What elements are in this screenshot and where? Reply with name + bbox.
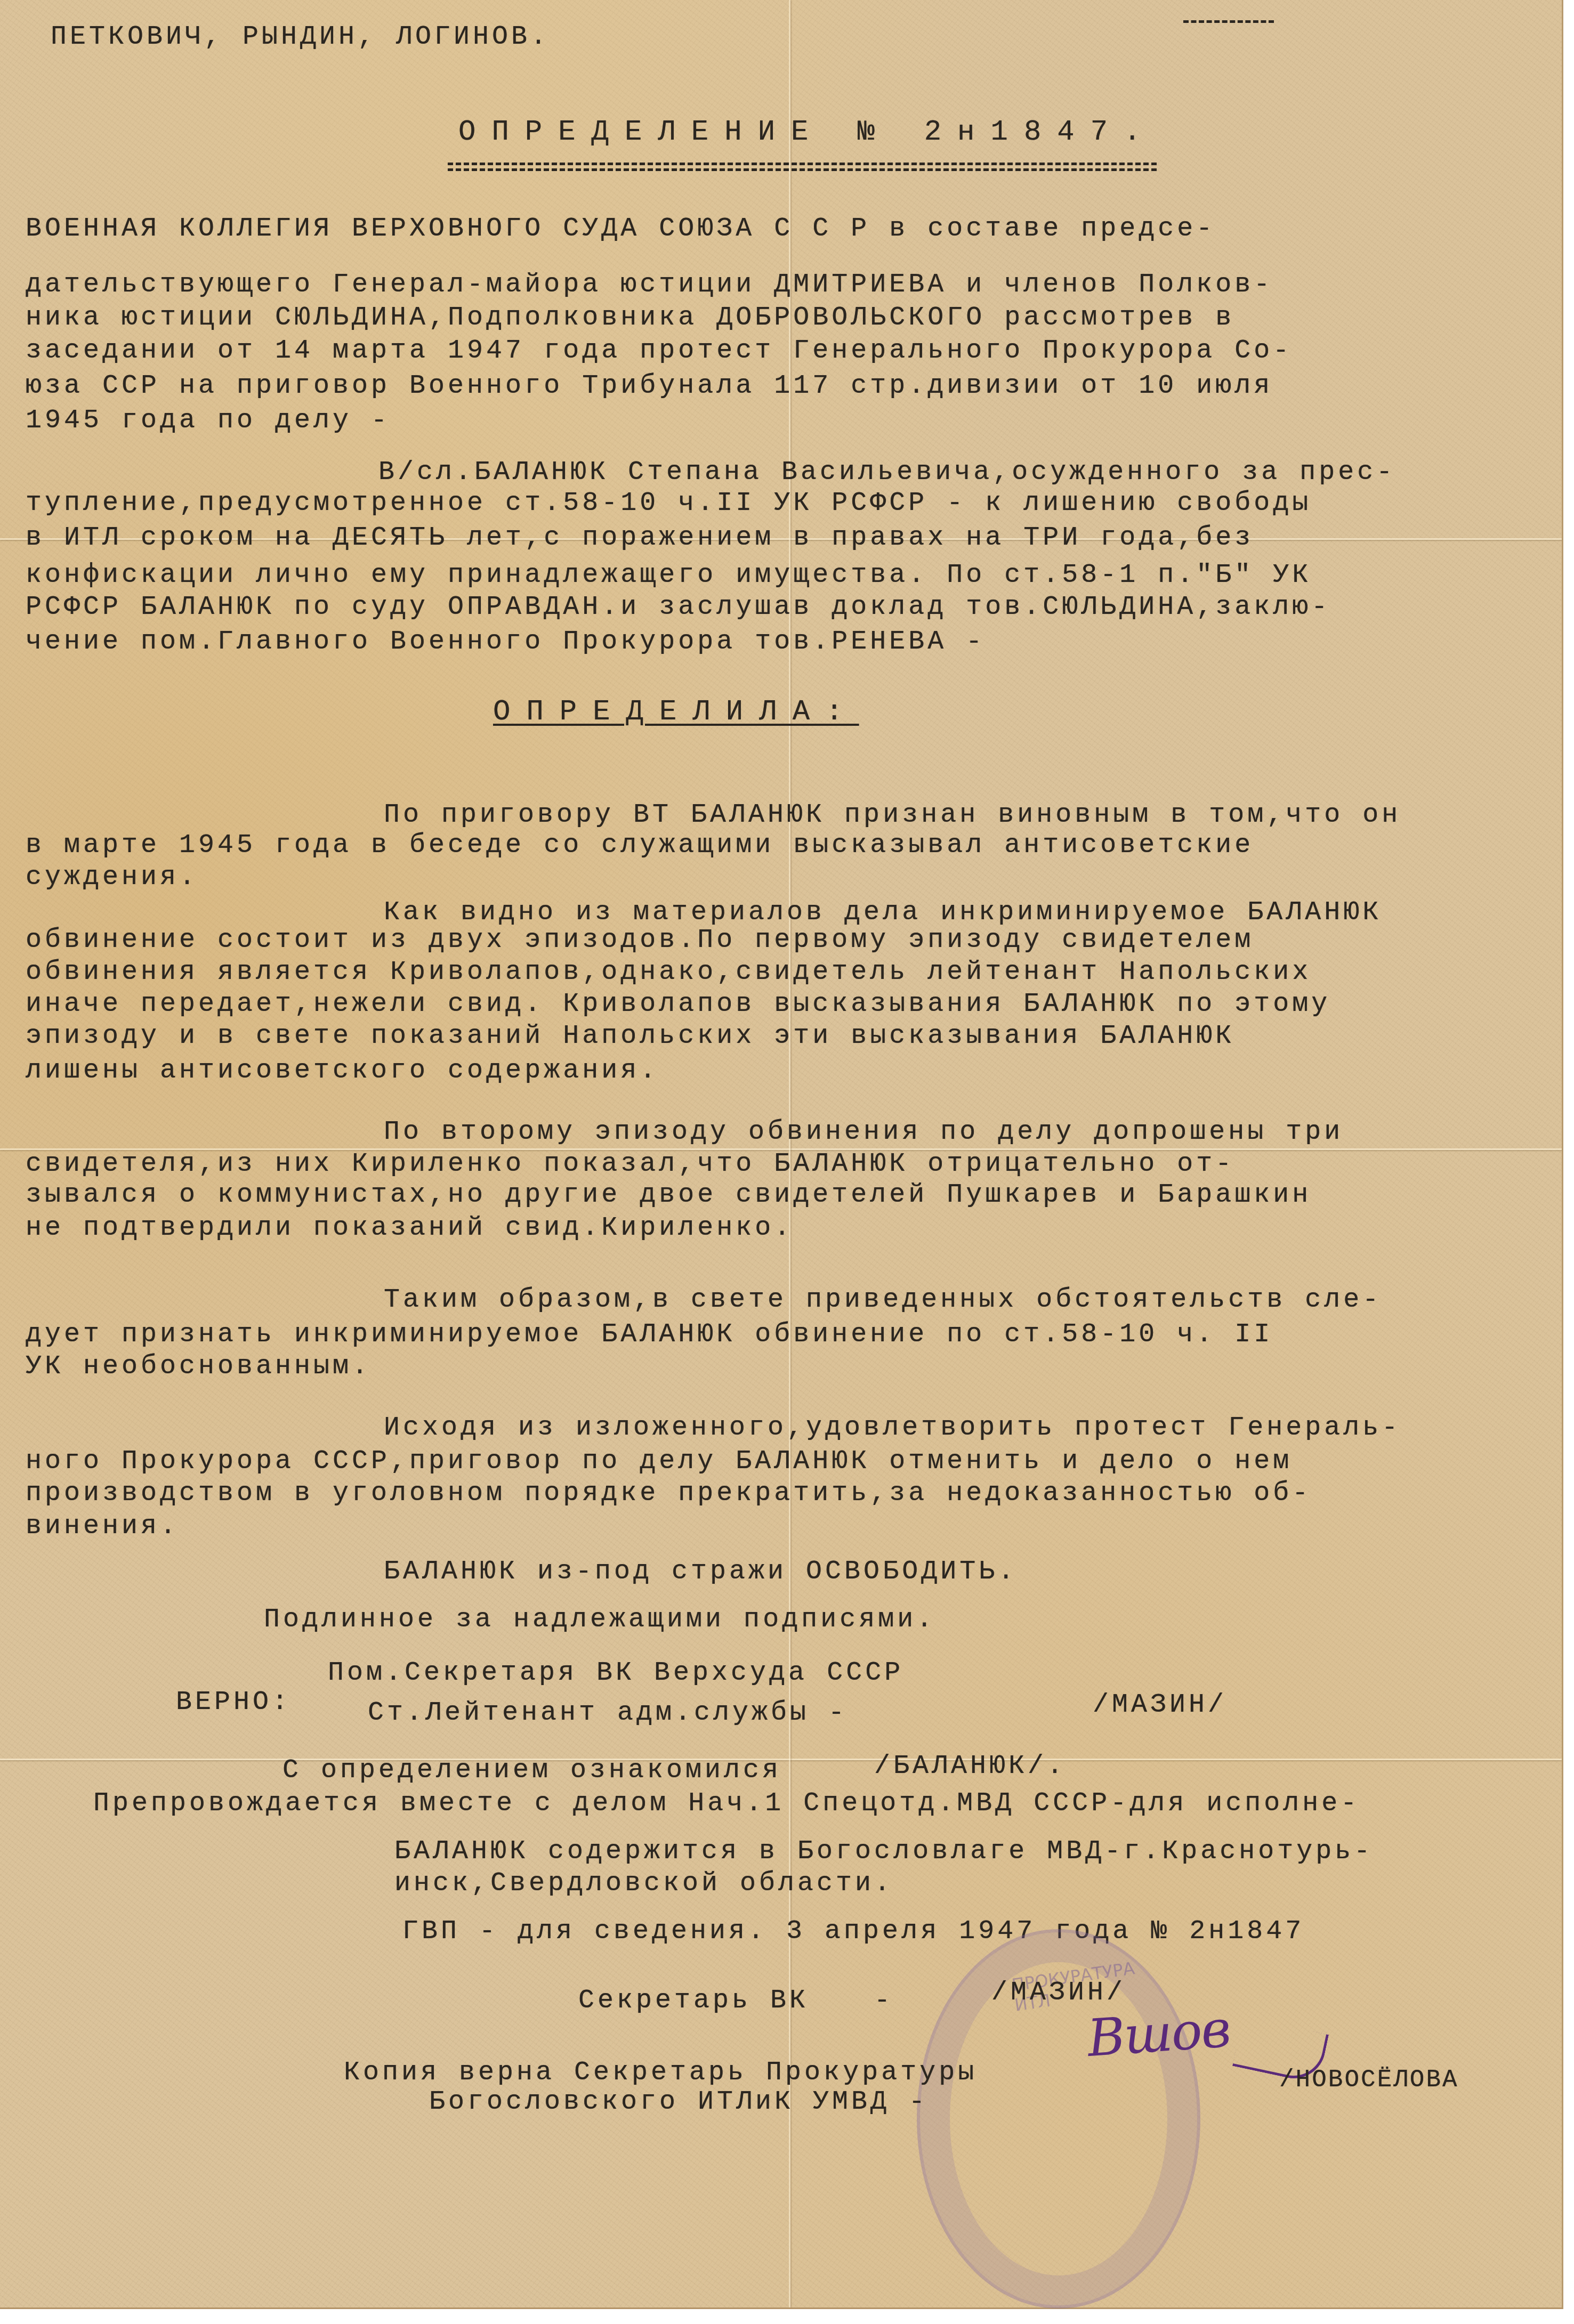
accused-line: тупление,предусмотренное ст.58-10 ч.II У…	[26, 490, 1311, 517]
paragraph-line: УК необоснованным.	[26, 1354, 371, 1380]
paragraph-line: эпизоду и в свете показаний Напольских э…	[26, 1023, 1234, 1050]
top-dash-mark	[1183, 20, 1274, 23]
verified-line: Пом.Секретаря ВК Верхсуда СССР	[328, 1660, 903, 1687]
document-title: ОПРЕДЕЛЕНИЕ № 2н1847.	[458, 118, 1157, 147]
paragraph-line: производством в уголовном порядке прекра…	[26, 1480, 1311, 1507]
original-note: Подлинное за надлежащими подписями.	[264, 1607, 935, 1633]
verified-signature: /МАЗИН/	[1093, 1692, 1227, 1719]
accused-line: В/сл.БАЛАНЮК Степана Васильевича,осужден…	[378, 459, 1395, 486]
intro-line: 1945 года по делу -	[26, 408, 390, 434]
acquainted-text: С определением ознакомился	[282, 1758, 781, 1784]
intro-line: юза ССР на приговор Военного Трибунала 1…	[26, 373, 1273, 400]
section-title: ОПРЕДЕЛИЛА:	[493, 698, 859, 727]
paragraph-line: суждения.	[26, 864, 198, 891]
paragraph-line: обвинения является Криволапов,однако,сви…	[26, 959, 1311, 986]
acquainted-signature: /БАЛАНЮК/.	[874, 1753, 1066, 1780]
paragraph-line: винения.	[26, 1513, 179, 1540]
accused-line: в ИТЛ сроком на ДЕСЯТЬ лет,с поражением …	[26, 525, 1254, 552]
paragraph-line: По второму эпизоду обвинения по делу доп…	[384, 1119, 1343, 1146]
forwarded-line: Препровождается вместе с делом Нач.1 Спе…	[93, 1791, 1360, 1817]
release-line: БАЛАНЮК из-под стражи ОСВОБОДИТЬ.	[384, 1559, 1017, 1585]
paragraph-line: дует признать инкриминируемое БАЛАНЮК об…	[26, 1322, 1273, 1348]
paragraph-line: ного Прокурора СССР,приговор по делу БАЛ…	[26, 1448, 1292, 1475]
copy-certified-line: Богословского ИТЛиК УМВД -	[429, 2089, 928, 2116]
paragraph-line: не подтвердили показаний свид.Кириленко.	[26, 1215, 793, 1242]
accused-line: чение пом.Главного Военного Прокурора то…	[26, 629, 985, 655]
secretary-label: Секретарь ВК	[578, 1988, 809, 2014]
intro-line: ника юстиции СЮЛЬДИНА,Подполковника ДОБР…	[26, 305, 1234, 331]
accused-line: РСФСР БАЛАНЮК по суду ОПРАВДАН.и заслуша…	[26, 594, 1330, 621]
paragraph-line: По приговору ВТ БАЛАНЮК признан виновным…	[384, 802, 1401, 829]
paragraph-line: лишены антисоветского содержания.	[26, 1058, 659, 1084]
verified-label: ВЕРНО:	[176, 1689, 291, 1716]
handwritten-signature: Вшов	[1085, 1999, 1231, 2068]
paragraph-line: свидетеля,из них Кириленко показал,что Б…	[26, 1151, 1234, 1178]
paragraph-line: иначе передает,нежели свид. Криволапов в…	[26, 991, 1330, 1018]
copy-certified-line: Копия верна Секретарь Прокуратуры	[344, 2060, 977, 2086]
paragraph-line: Как видно из материалов дела инкриминиру…	[384, 900, 1382, 926]
copy-certified-name: /НОВОСЁЛОВА	[1279, 2068, 1459, 2092]
verified-line: Ст.Лейтенант адм.службы -	[368, 1700, 847, 1727]
paragraph-line: Исходя из изложенного,удовлетворить прот…	[384, 1415, 1401, 1442]
paragraph-line: обвинение состоит из двух эпизодов.По пе…	[26, 927, 1254, 954]
intro-line: заседании от 14 марта 1947 года протест …	[26, 338, 1292, 365]
intro-line: дательствующего Генерал-майора юстиции Д…	[26, 272, 1273, 298]
secretary-dash: -	[874, 1988, 893, 2014]
paragraph-line: Таким образом,в свете приведенных обстоя…	[384, 1287, 1382, 1314]
title-double-underline	[448, 163, 1157, 171]
accused-line: конфискации лично ему принадлежащего иму…	[26, 562, 1311, 589]
custody-line: инск,Свердловской области.	[394, 1870, 893, 1897]
secretary-signature: /МАЗИН/	[991, 1980, 1126, 2006]
intro-line: ВОЕННАЯ КОЛЛЕГИЯ ВЕРХОВНОГО СУДА СОЮЗА С…	[26, 216, 1215, 242]
header-names: ПЕТКОВИЧ, РЫНДИН, ЛОГИНОВ.	[51, 24, 550, 51]
paragraph-line: в марте 1945 года в беседе со служащими …	[26, 832, 1254, 859]
custody-line: БАЛАНЮК содержится в Богословлаге МВД-г.…	[394, 1839, 1373, 1865]
paragraph-line: зывался о коммунистах,но другие двое сви…	[26, 1182, 1311, 1209]
gvp-line: ГВП - для сведения. 3 апреля 1947 года №…	[402, 1918, 1304, 1945]
